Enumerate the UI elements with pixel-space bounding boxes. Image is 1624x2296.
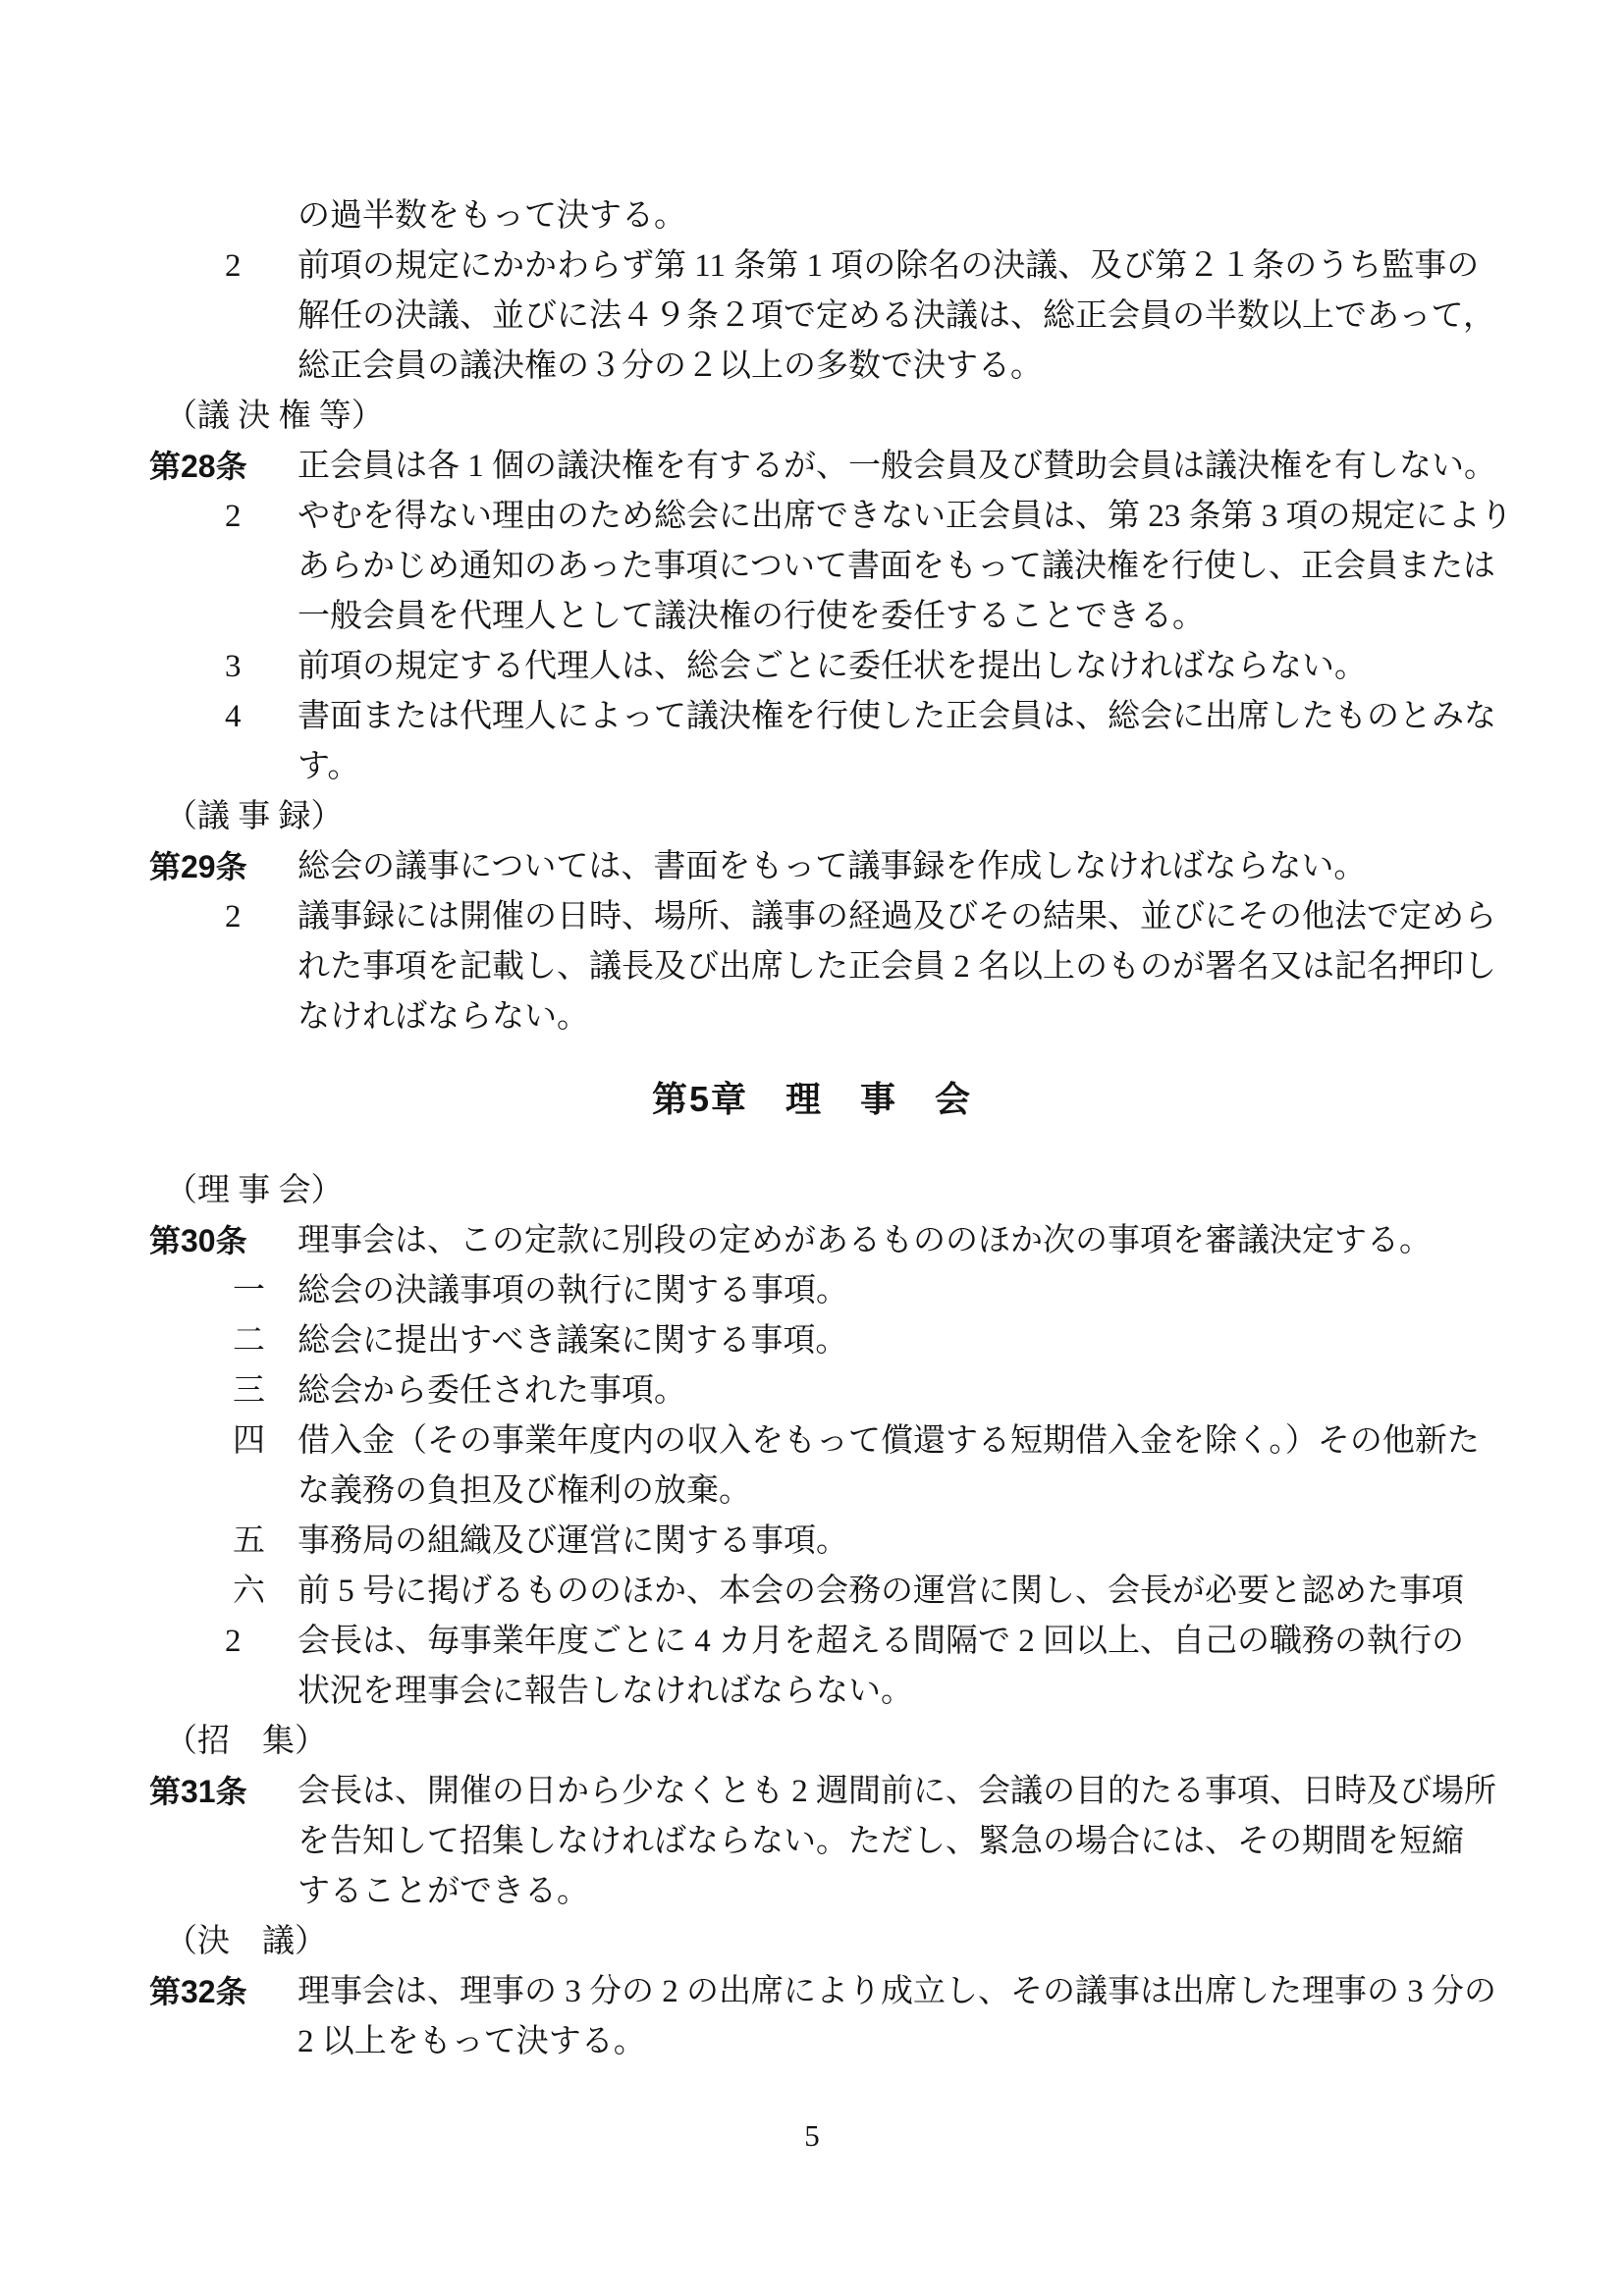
line-text: あらかじめ通知のあった事項について書面をもって議決権を行使し、正会員または [298, 542, 1495, 592]
line-text: （議 決 権 等） [165, 392, 384, 442]
section-heading: （議 決 権 等） [0, 392, 1624, 442]
section-heading: （議 事 録） [0, 792, 1624, 842]
article-number: 第30条 [149, 1216, 298, 1266]
section-heading: （招 集） [0, 1717, 1624, 1767]
paragraph-number: 3 [225, 642, 298, 692]
page-number: 5 [0, 2118, 1624, 2154]
text-line: 2前項の規定にかかわらず第 11 条第 1 項の除名の決議、及び第２１条のうち監… [0, 241, 1624, 292]
paragraph-number: 三 [233, 1366, 298, 1416]
text-line: 第30条理事会は、この定款に別段の定めがあるもののほか次の事項を審議決定する。 [0, 1216, 1624, 1266]
line-text: な義務の負担及び権利の放棄。 [298, 1467, 751, 1517]
text-line: す。 [0, 742, 1624, 792]
text-line: 第31条会長は、開催の日から少なくとも 2 週間前に、会議の目的たる事項、日時及… [0, 1767, 1624, 1817]
text-line: れた事項を記載し、議長及び出席した正会員 2 名以上のものが署名又は記名押印し [0, 942, 1624, 992]
text-line: あらかじめ通知のあった事項について書面をもって議決権を行使し、正会員または [0, 542, 1624, 592]
paragraph-number: 二 [233, 1316, 298, 1366]
line-text: を告知して招集しなければならない。ただし、緊急の場合には、その期間を短縮 [298, 1817, 1464, 1867]
text-line: 総正会員の議決権の３分の２以上の多数で決する。 [0, 342, 1624, 392]
line-text: 状況を理事会に報告しなければならない。 [298, 1667, 913, 1717]
text-line: 二総会に提出すべき議案に関する事項。 [0, 1316, 1624, 1366]
line-text: 正会員は各 1 個の議決権を有するが、一般会員及び賛助会員は議決権を有しない。 [298, 442, 1496, 492]
line-text: れた事項を記載し、議長及び出席した正会員 2 名以上のものが署名又は記名押印し [298, 942, 1496, 992]
section-heading: （理 事 会） [0, 1166, 1624, 1216]
line-text: 総会の議事については、書面をもって議事録を作成しなければならない。 [298, 842, 1366, 892]
line-text: 借入金（その事業年度内の収入をもって償還する短期借入金を除く。）その他新た [298, 1416, 1480, 1467]
article-number: 第28条 [149, 442, 298, 492]
line-text: 総会から委任された事項。 [298, 1366, 686, 1416]
line-text: 前 5 号に掲げるもののほか、本会の会務の運営に関し、会長が必要と認めた事項 [298, 1567, 1464, 1617]
text-line: 状況を理事会に報告しなければならない。 [0, 1667, 1624, 1717]
line-text: なければならない。 [298, 992, 589, 1042]
text-line: 一般会員を代理人として議決権の行使を委任することできる。 [0, 592, 1624, 642]
text-line: 第32条理事会は、理事の 3 分の 2 の出席により成立し、その議事は出席した理… [0, 1967, 1624, 2017]
text-line: 六前 5 号に掲げるもののほか、本会の会務の運営に関し、会長が必要と認めた事項 [0, 1567, 1624, 1617]
text-line: 五事務局の組織及び運営に関する事項。 [0, 1517, 1624, 1567]
line-text: やむを得ない理由のため総会に出席できない正会員は、第 23 条第 3 項の規定に… [298, 492, 1513, 542]
line-text: 総会の決議事項の執行に関する事項。 [298, 1266, 848, 1316]
text-line: 2議事録には開催の日時、場所、議事の経過及びその結果、並びにその他法で定めら [0, 892, 1624, 942]
line-text: 2 以上をもって決する。 [298, 2017, 646, 2067]
line-text: 総会に提出すべき議案に関する事項。 [298, 1316, 847, 1366]
text-line: 一総会の決議事項の執行に関する事項。 [0, 1266, 1624, 1316]
line-text: 総正会員の議決権の３分の２以上の多数で決する。 [298, 342, 1043, 392]
line-text: 事務局の組織及び運営に関する事項。 [298, 1517, 848, 1567]
text-line: することができる。 [0, 1867, 1624, 1917]
document-page: の過半数をもって決する。2前項の規定にかかわらず第 11 条第 1 項の除名の決… [0, 0, 1624, 2296]
line-text: 会長は、毎事業年度ごとに 4 カ月を超える間隔で 2 回以上、自己の職務の執行の [298, 1617, 1464, 1667]
text-line: 三総会から委任された事項。 [0, 1366, 1624, 1416]
line-text: 解任の決議、並びに法４９条２項で定める決議は、総正会員の半数以上であって， [298, 292, 1495, 342]
article-number: 第32条 [149, 1967, 298, 2017]
line-text: 会長は、開催の日から少なくとも 2 週間前に、会議の目的たる事項、日時及び場所 [298, 1767, 1496, 1817]
text-line: 2会長は、毎事業年度ごとに 4 カ月を超える間隔で 2 回以上、自己の職務の執行… [0, 1617, 1624, 1667]
paragraph-number: 2 [225, 1617, 298, 1667]
line-text: 理事会は、この定款に別段の定めがあるもののほか次の事項を審議決定する。 [298, 1216, 1432, 1266]
paragraph-number: 2 [225, 241, 298, 292]
article-number: 第31条 [149, 1767, 298, 1817]
paragraph-number: 四 [233, 1416, 298, 1467]
line-text: （議 事 録） [165, 792, 344, 842]
line-text: す。 [298, 742, 359, 792]
paragraph-number: 4 [225, 692, 298, 742]
paragraph-number: 一 [233, 1266, 298, 1316]
line-text: 議事録には開催の日時、場所、議事の経過及びその結果、並びにその他法で定めら [298, 892, 1496, 942]
chapter-heading: 第5章 理 事 会 [0, 1072, 1624, 1127]
line-text: 一般会員を代理人として議決権の行使を委任することできる。 [298, 592, 1205, 642]
line-text: 書面または代理人によって議決権を行使した正会員は、総会に出席したものとみな [298, 692, 1496, 742]
line-text: （決 議） [165, 1917, 327, 1967]
line-text: の過半数をもって決する。 [298, 191, 686, 241]
text-line: 4書面または代理人によって議決権を行使した正会員は、総会に出席したものとみな [0, 692, 1624, 742]
line-text: 第5章 理 事 会 [652, 1079, 972, 1119]
text-line: 第29条総会の議事については、書面をもって議事録を作成しなければならない。 [0, 842, 1624, 892]
line-text: 前項の規定する代理人は、総会ごとに委任状を提出しなければならない。 [298, 642, 1367, 692]
line-text: （招 集） [165, 1717, 327, 1767]
paragraph-number: 六 [233, 1567, 298, 1617]
paragraph-number: 五 [233, 1517, 298, 1567]
text-line: なければならない。 [0, 992, 1624, 1042]
line-text: 前項の規定にかかわらず第 11 条第 1 項の除名の決議、及び第２１条のうち監事… [298, 241, 1479, 292]
paragraph-number: 2 [225, 892, 298, 942]
text-line: 解任の決議、並びに法４９条２項で定める決議は、総正会員の半数以上であって， [0, 292, 1624, 342]
text-line: 2 以上をもって決する。 [0, 2017, 1624, 2067]
text-line: 四借入金（その事業年度内の収入をもって償還する短期借入金を除く。）その他新た [0, 1416, 1624, 1467]
text-line: の過半数をもって決する。 [0, 191, 1624, 241]
text-line: 3前項の規定する代理人は、総会ごとに委任状を提出しなければならない。 [0, 642, 1624, 692]
paragraph-number: 2 [225, 492, 298, 542]
text-line: 2やむを得ない理由のため総会に出席できない正会員は、第 23 条第 3 項の規定… [0, 492, 1624, 542]
section-heading: （決 議） [0, 1917, 1624, 1967]
text-line: 第28条正会員は各 1 個の議決権を有するが、一般会員及び賛助会員は議決権を有し… [0, 442, 1624, 492]
line-text: することができる。 [298, 1867, 589, 1917]
article-number: 第29条 [149, 842, 298, 892]
line-text: 理事会は、理事の 3 分の 2 の出席により成立し、その議事は出席した理事の 3… [298, 1967, 1496, 2017]
text-line: な義務の負担及び権利の放棄。 [0, 1467, 1624, 1517]
text-line: を告知して招集しなければならない。ただし、緊急の場合には、その期間を短縮 [0, 1817, 1624, 1867]
line-text: （理 事 会） [165, 1166, 344, 1216]
document-body: の過半数をもって決する。2前項の規定にかかわらず第 11 条第 1 項の除名の決… [0, 191, 1624, 2067]
